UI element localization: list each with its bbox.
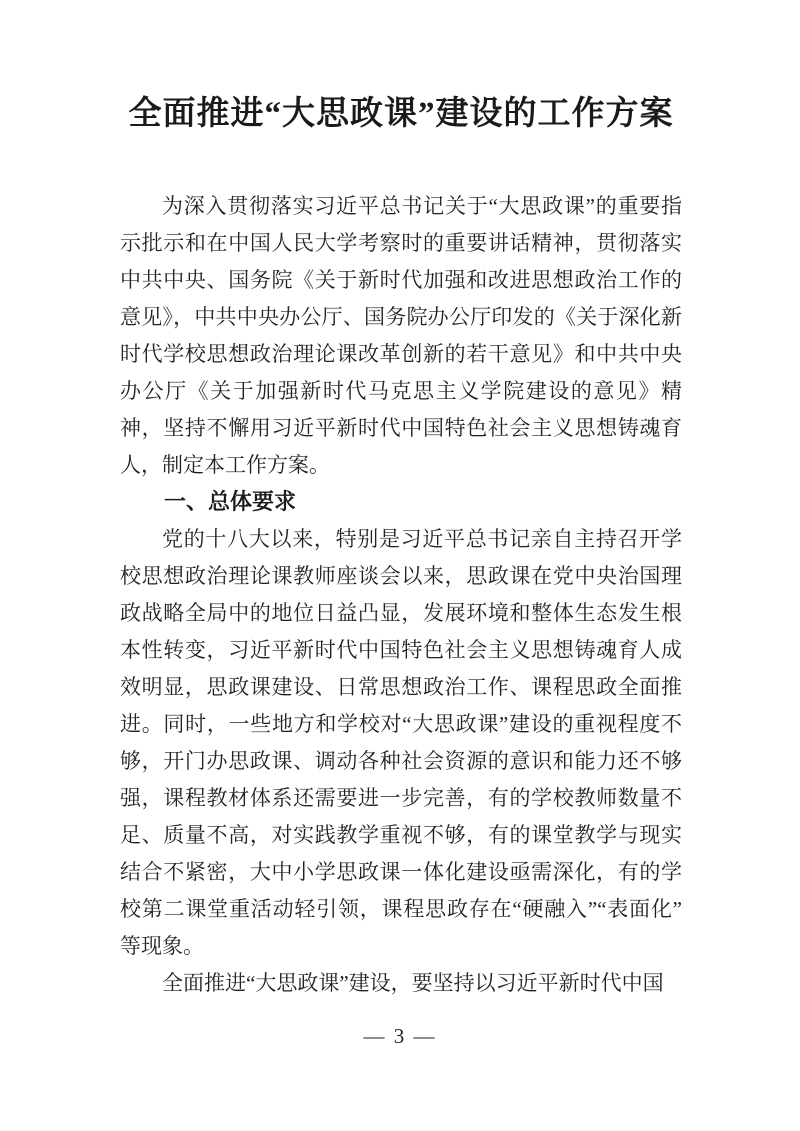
document-body: 为深入贯彻落实习近平总书记关于“大思政课”的重要指示批示和在中国人民大学考察时的… (120, 188, 682, 1002)
document-title: 全面推进“大思政课”建设的工作方案 (120, 92, 682, 136)
page-footer: — 3 — (0, 1024, 800, 1049)
body-paragraph: 全面推进“大思政课”建设，要坚持以习近平新时代中国 (120, 965, 682, 1002)
page-number: — 3 — (364, 1024, 437, 1048)
body-paragraph: 为深入贯彻落实习近平总书记关于“大思政课”的重要指示批示和在中国人民大学考察时的… (120, 188, 682, 484)
body-paragraph: 党的十八大以来，特别是习近平总书记亲自主持召开学校思想政治理论课教师座谈会以来，… (120, 521, 682, 965)
document-page: 全面推进“大思政课”建设的工作方案 为深入贯彻落实习近平总书记关于“大思政课”的… (0, 0, 800, 1131)
section-heading: 一、总体要求 (120, 484, 682, 521)
